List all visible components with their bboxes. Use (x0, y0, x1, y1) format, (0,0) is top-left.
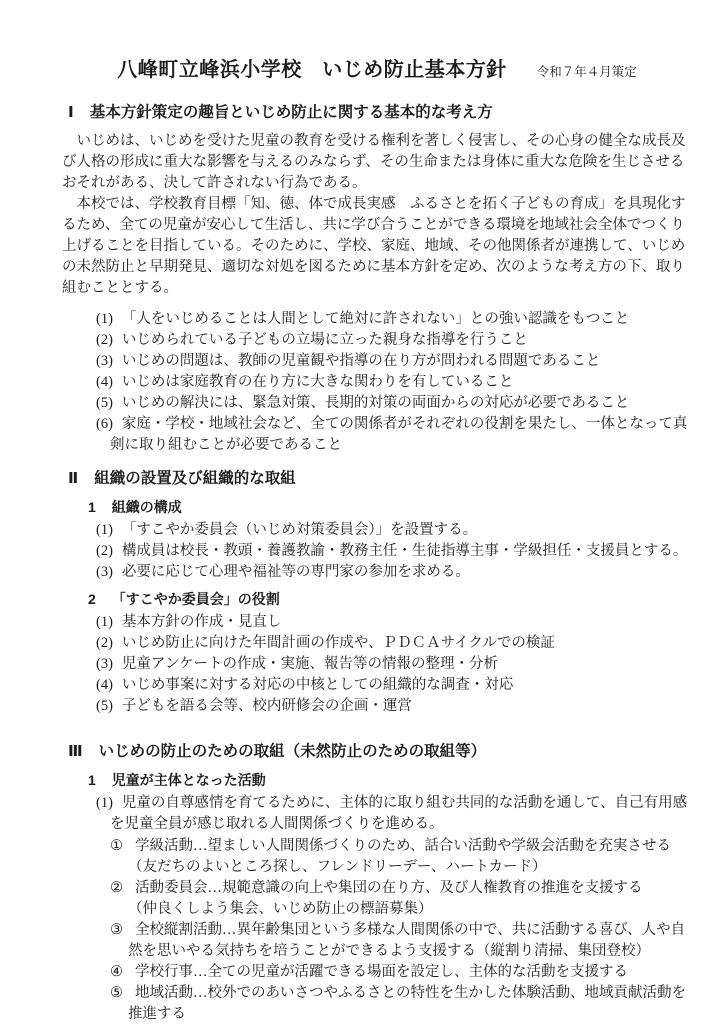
section-2-heading: Ⅱ 組織の設置及び組織的な取組 (68, 468, 692, 490)
list-item: (2)いじめられている子どもの立場に立った親身な指導を行うこと (96, 330, 692, 351)
item-text: 基本方針の作成・見直し (122, 614, 282, 630)
list-item: (4)いじめ事案に対する対応の中核としての組織的な調査・対応 (96, 675, 692, 696)
item-text: 学校行事…全ての児童が活躍できる場面を設定し、主体的な活動を支援する (135, 964, 628, 980)
section-1-title: 基本方針策定の趣旨といじめ防止に関する基本的な考え方 (90, 102, 493, 124)
item-text: 学級活動…望ましい人間関係づくりのため、話合い活動や学級会活動を充実させる (135, 838, 671, 854)
section-1-paragraph-2: 本校では、学校教育目標「知、徳、体で成長実感 ふるさとを拓く子どもの育成」を具現… (62, 194, 692, 299)
section-organization: Ⅱ 組織の設置及び組織的な取組 1 組織の構成 (1)「すこやか委員会（いじめ対… (62, 468, 692, 717)
lead-item: (1)児童の自尊感情を育てるために、主体的に取り組む共同的な活動を通して、自己有… (96, 793, 692, 835)
item-marker: ① (110, 838, 123, 854)
document-page: 八峰町立峰浜小学校 いじめ防止基本方針令和７年４月策定 Ⅰ 基本方針策定の趣旨と… (0, 0, 724, 1024)
item-marker: (5) (96, 395, 113, 411)
list-item: (1)基本方針の作成・見直し (96, 612, 692, 633)
item-text: 全校縦割活動…異年齢集団という多様な人間関係の中で、共に活動する喜び、人や自然を… (128, 922, 685, 959)
item-marker: (1) (96, 614, 113, 630)
list-item: (3)児童アンケートの作成・実施、報告等の情報の整理・分析 (96, 654, 692, 675)
item-marker: (4) (96, 374, 113, 390)
item-text: 家庭・学校・地域社会など、全ての関係者がそれぞれの役割を果たし、一体となって真剣… (110, 416, 687, 453)
item-marker: ④ (110, 964, 123, 980)
item-marker: ⑤ (110, 985, 123, 1001)
document-date: 令和７年４月策定 (537, 65, 637, 79)
circled-item: ③全校縦割活動…異年齢集団という多様な人間関係の中で、共に活動する喜び、人や自然… (110, 920, 692, 962)
item-text: いじめの解決には、緊急対策、長期的対策の両面からの対応が必要であること (122, 395, 630, 411)
item-note: （仲良くしよう集会、いじめ防止の標語募集） (128, 899, 692, 920)
group-1-number: 1 (88, 497, 96, 518)
section-1-list: (1)「人をいじめることは人間として絶対に許されない」との強い認識をもつこと (… (62, 309, 692, 456)
item-marker: (2) (96, 543, 113, 559)
list-item: (3)いじめの問題は、教師の児童観や指導の在り方が問われる問題であること (96, 351, 692, 372)
list-item: (6)家庭・学校・地域社会など、全ての関係者がそれぞれの役割を果たし、一体となっ… (96, 414, 692, 456)
item-note: （友だちのよいところ探し、フレンドリーデー、ハートカード） (128, 857, 692, 878)
item-text: いじめ防止に向けた年間計画の作成や、ＰＤＣＡサイクルでの検証 (122, 635, 555, 651)
item-text: 「人をいじめることは人間として絶対に許されない」との強い認識をもつこと (122, 311, 630, 327)
circled-item: ④学校行事…全ての児童が活躍できる場面を設定し、主体的な活動を支援する (110, 962, 692, 983)
group-committee-role: 2 「すこやか委員会」の役割 (1)基本方針の作成・見直し (2)いじめ防止に向… (62, 589, 692, 717)
group-3-number: 1 (88, 770, 96, 791)
item-marker: (5) (96, 698, 113, 714)
list-item: (5)子どもを語る会等、校内研修会の企画・運営 (96, 696, 692, 717)
item-text: いじめられている子どもの立場に立った親身な指導を行うこと (122, 332, 528, 348)
group-1-title: 組織の構成 (112, 497, 182, 518)
group-2-number: 2 (88, 589, 96, 610)
item-text: 活動委員会…規範意識の向上や集団の在り方、及び人権教育の推進を支援する (135, 880, 643, 896)
list-item: (2)構成員は校長・教頭・養護教諭・教務主任・生徒指導主事・学級担任・支援員とす… (96, 541, 692, 562)
list-item: (1)「人をいじめることは人間として絶対に許されない」との強い認識をもつこと (96, 309, 692, 330)
section-1-number: Ⅰ (68, 102, 74, 124)
document-title: 八峰町立峰浜小学校 いじめ防止基本方針 (117, 59, 507, 81)
item-text: 必要に応じて心理や福祉等の専門家の参加を求める。 (122, 564, 470, 580)
group-3-title: 児童が主体となった活動 (112, 770, 266, 791)
section-2-title: 組織の設置及び組織的な取組 (94, 468, 296, 490)
circled-item: ①学級活動…望ましい人間関係づくりのため、話合い活動や学級会活動を充実させる （… (110, 836, 692, 878)
item-marker: (3) (96, 656, 113, 672)
group-3-heading: 1 児童が主体となった活動 (88, 770, 692, 791)
item-marker: (3) (96, 353, 113, 369)
list-item: (2)いじめ防止に向けた年間計画の作成や、ＰＤＣＡサイクルでの検証 (96, 633, 692, 654)
list-item: (3)必要に応じて心理や福祉等の専門家の参加を求める。 (96, 562, 692, 583)
item-marker: (1) (96, 311, 113, 327)
item-marker: ③ (110, 922, 123, 938)
item-text: 地域活動…校外でのあいさつやふるさとの特性を生かした体験活動、地域貢献活動を推進… (128, 985, 686, 1022)
item-marker: (1) (96, 795, 113, 811)
list-item: (4)いじめは家庭教育の在り方に大きな関わりを有していること (96, 372, 692, 393)
section-2-number: Ⅱ (68, 468, 78, 490)
item-marker: ② (110, 880, 123, 896)
item-marker: (6) (96, 416, 113, 432)
item-text: いじめは家庭教育の在り方に大きな関わりを有していること (122, 374, 514, 390)
section-1-heading: Ⅰ 基本方針策定の趣旨といじめ防止に関する基本的な考え方 (68, 102, 692, 124)
section-1-paragraph-1: いじめは、いじめを受けた児童の教育を受ける権利を著しく侵害し、その心身の健全な成… (62, 131, 692, 194)
item-text: 子どもを語る会等、校内研修会の企画・運営 (122, 698, 412, 714)
item-marker: (4) (96, 677, 113, 693)
item-marker: (2) (96, 635, 113, 651)
section-3-number: Ⅲ (68, 741, 83, 763)
circled-item: ⑤地域活動…校外でのあいさつやふるさとの特性を生かした体験活動、地域貢献活動を推… (110, 983, 692, 1024)
document-header: 八峰町立峰浜小学校 いじめ防止基本方針令和７年４月策定 (62, 56, 692, 86)
item-marker: (3) (96, 564, 113, 580)
group-student-activities: 1 児童が主体となった活動 (1)児童の自尊感情を育てるために、主体的に取り組む… (62, 770, 692, 1024)
section-3-title: いじめの防止のための取組（未然防止のための取組等） (99, 741, 487, 763)
circled-item-list: ①学級活動…望ましい人間関係づくりのため、話合い活動や学級会活動を充実させる （… (62, 836, 692, 1024)
item-text: いじめ事案に対する対応の中核としての組織的な調査・対応 (122, 677, 514, 693)
group-2-heading: 2 「すこやか委員会」の役割 (88, 589, 692, 610)
list-item: (5)いじめの解決には、緊急対策、長期的対策の両面からの対応が必要であること (96, 393, 692, 414)
item-text: 構成員は校長・教頭・養護教諭・教務主任・生徒指導主事・学級担任・支援員とする。 (122, 543, 688, 559)
item-text: 児童の自尊感情を育てるために、主体的に取り組む共同的な活動を通して、自己有用感を… (110, 795, 687, 832)
item-text: 児童アンケートの作成・実施、報告等の情報の整理・分析 (122, 656, 498, 672)
list-item: (1)「すこやか委員会（いじめ対策委員会）」を設置する。 (96, 520, 692, 541)
item-text: いじめの問題は、教師の児童観や指導の在り方が問われる問題であること (122, 353, 601, 369)
item-text: 「すこやか委員会（いじめ対策委員会）」を設置する。 (122, 522, 477, 538)
section-basic-policy: Ⅰ 基本方針策定の趣旨といじめ防止に関する基本的な考え方 いじめは、いじめを受け… (62, 102, 692, 456)
item-marker: (1) (96, 522, 113, 538)
circled-item: ②活動委員会…規範意識の向上や集団の在り方、及び人権教育の推進を支援する （仲良… (110, 878, 692, 920)
section-prevention-measures: Ⅲ いじめの防止のための取組（未然防止のための取組等） 1 児童が主体となった活… (62, 741, 692, 1024)
group-1-heading: 1 組織の構成 (88, 497, 692, 518)
group-2-title: 「すこやか委員会」の役割 (112, 589, 280, 610)
item-marker: (2) (96, 332, 113, 348)
group-organization-structure: 1 組織の構成 (1)「すこやか委員会（いじめ対策委員会）」を設置する。 (2)… (62, 497, 692, 583)
section-3-heading: Ⅲ いじめの防止のための取組（未然防止のための取組等） (68, 741, 692, 763)
